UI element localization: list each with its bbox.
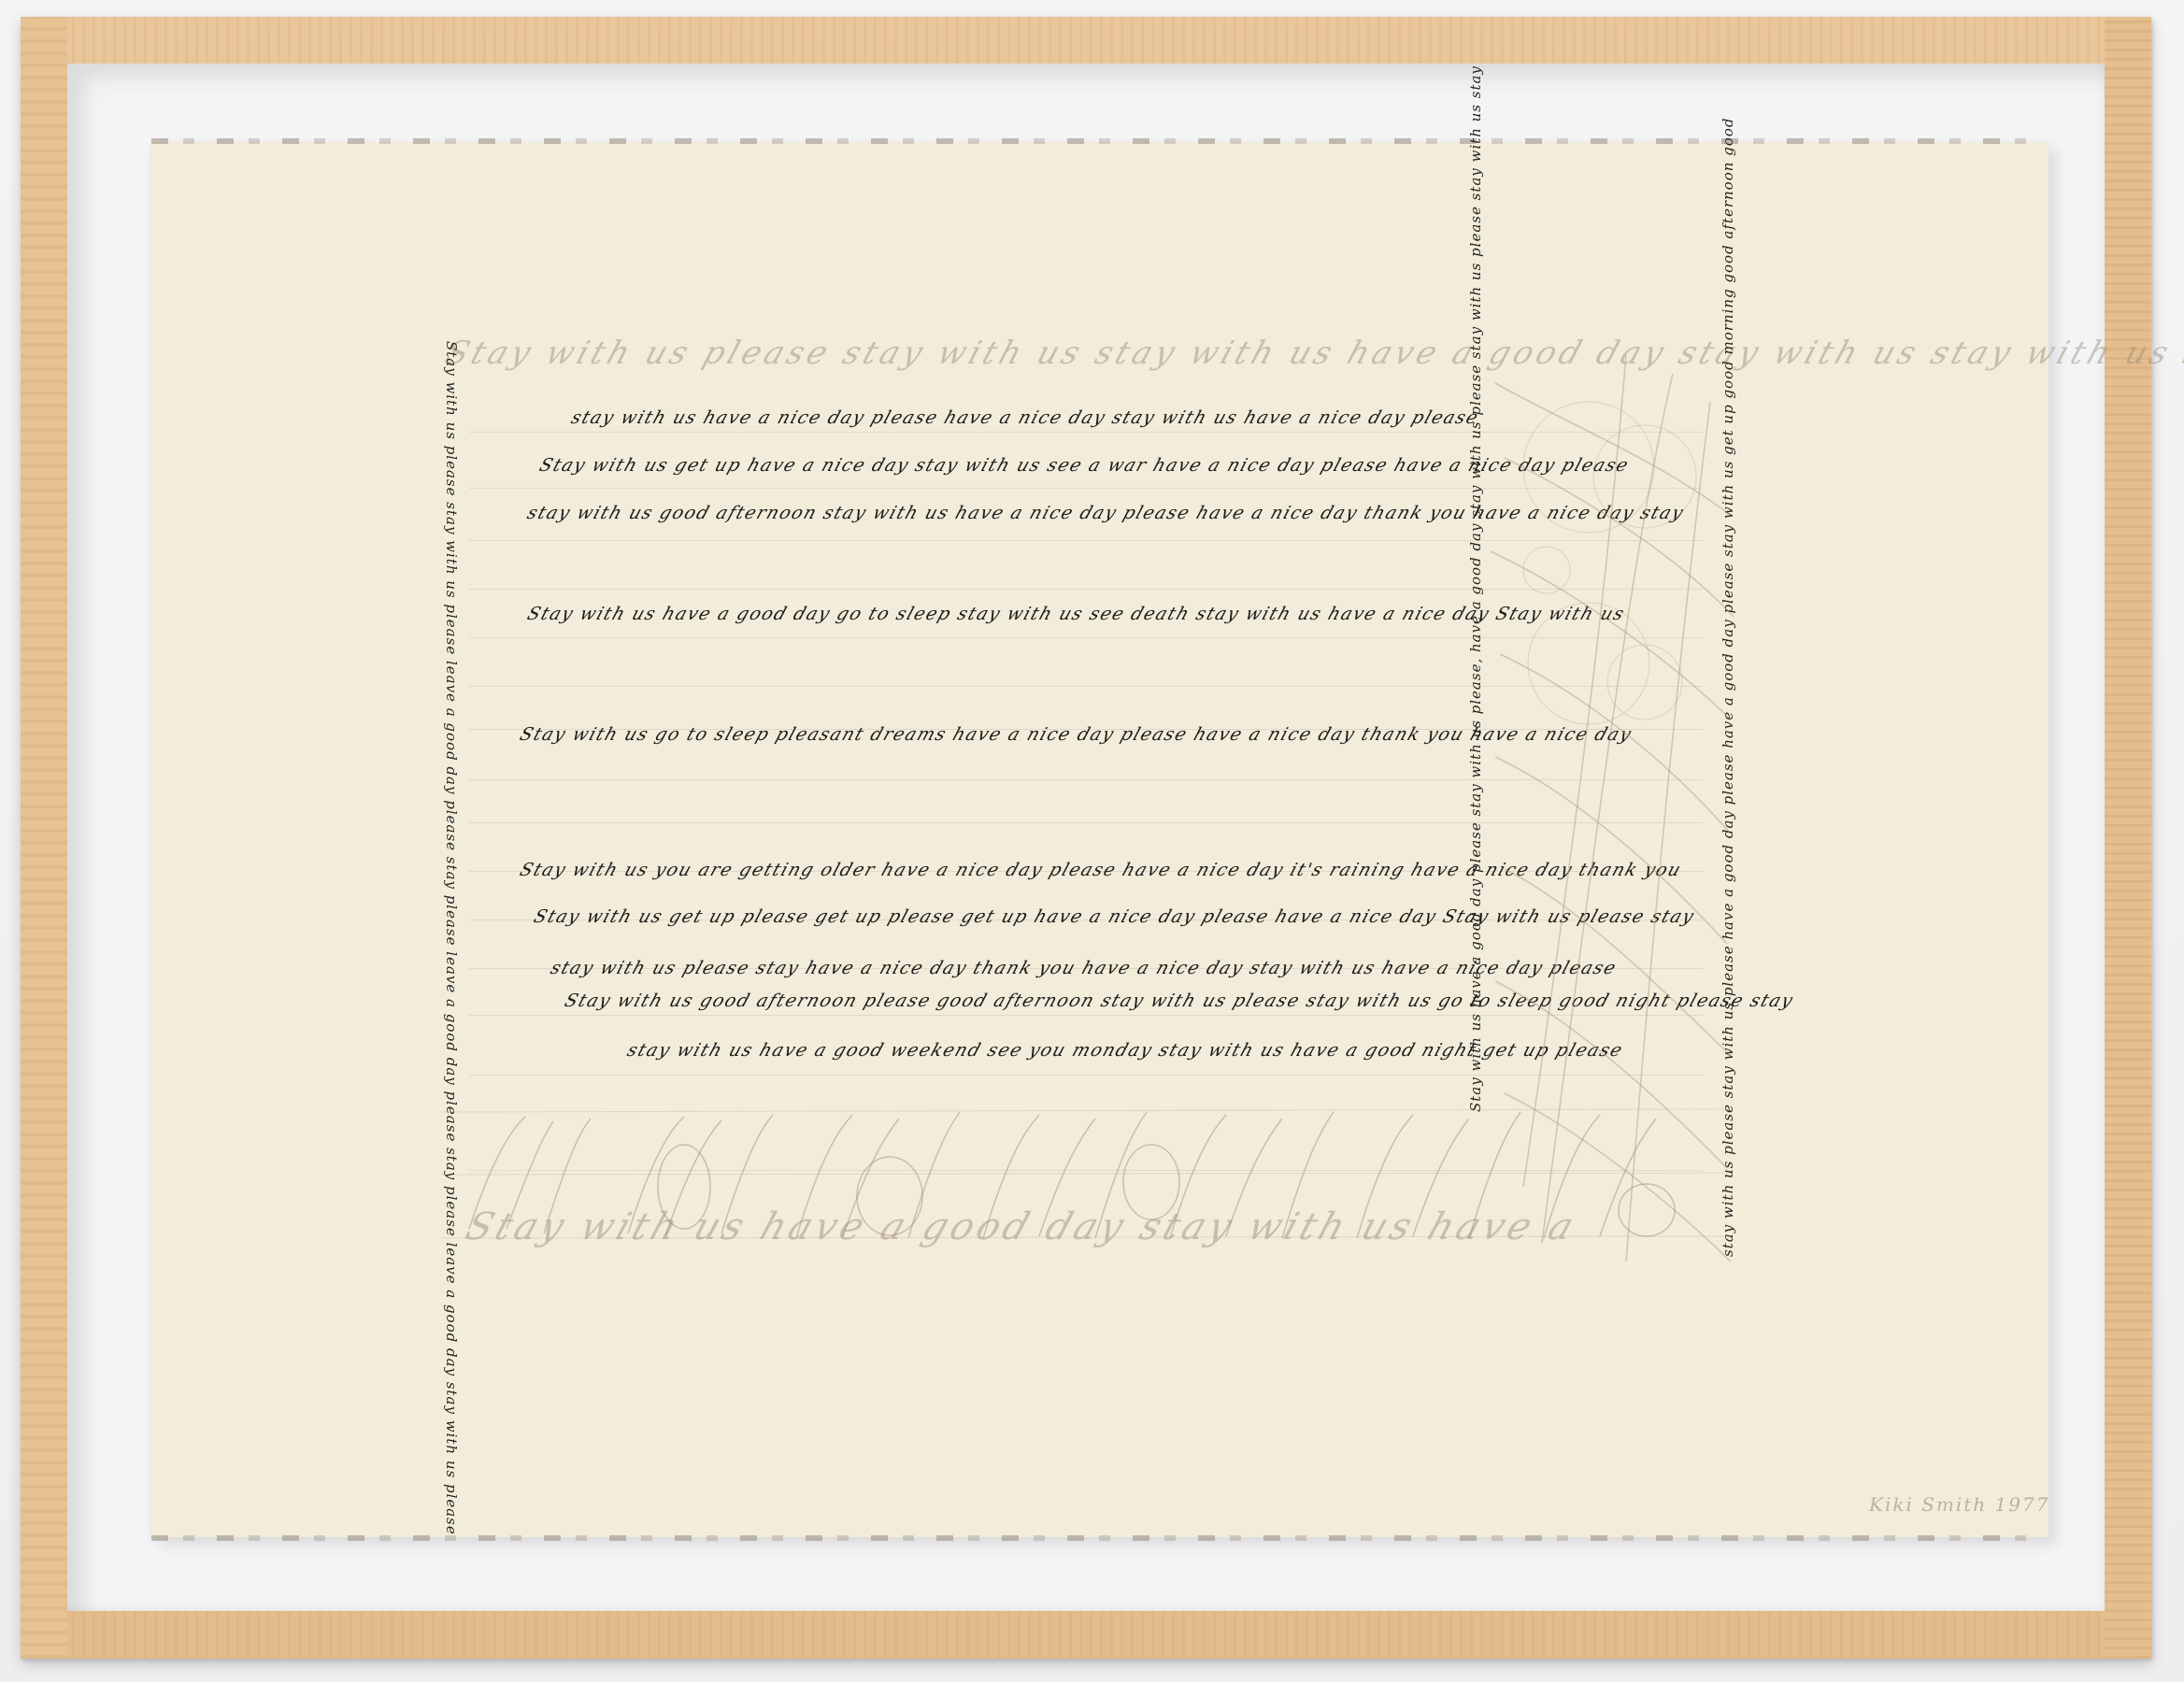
handwritten-line-1: stay with us have a nice day please have… [568, 407, 1481, 428]
deckle-edge-bottom [151, 1535, 2048, 1541]
vertical-text-left: Stay with us please stay with us please … [443, 341, 460, 1535]
vertical-text-inner-right: Stay with us have a good day please stay… [1467, 65, 1484, 1112]
handwritten-line-4: Stay with us have a good day go to sleep… [524, 604, 1627, 624]
frame-left-rail [21, 17, 67, 1659]
deckle-edge-top [151, 138, 2048, 144]
faint-pencil-text-top: Stay with us please stay with us stay wi… [441, 335, 2184, 372]
artist-signature: Kiki Smith 1977 [1869, 1493, 2049, 1516]
handwritten-line-8: stay with us please stay have a nice day… [548, 958, 1620, 978]
faint-pencil-text-bottom: Stay with us have a good day stay with u… [461, 1205, 1583, 1248]
frame-right-rail [2105, 17, 2151, 1659]
